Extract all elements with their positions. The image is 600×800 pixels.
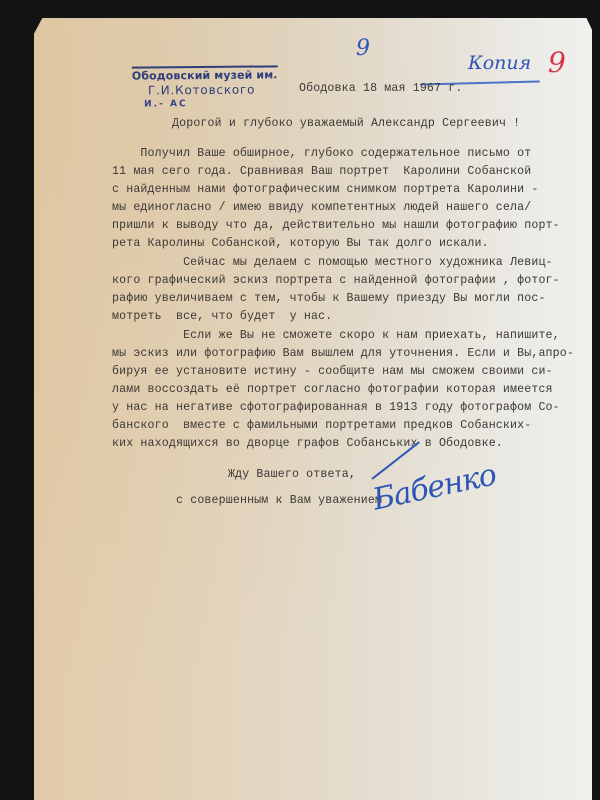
body-line: бируя ее установите истину - сообщите на… (112, 365, 553, 378)
body-line: Если же Вы не сможете скоро к нам приеха… (112, 329, 560, 342)
body-line: мы единогласно / имею ввиду компетентных… (112, 201, 531, 214)
body-line: лами воссоздать её портрет согласно фото… (112, 383, 553, 396)
greeting: Дорогой и глубоко уважаемый Александр Се… (172, 117, 520, 130)
body-line: мотреть все, что будет у нас. (112, 310, 332, 323)
body-line: пришли к выводу что да, действительно мы… (112, 219, 560, 232)
museum-stamp: Ободовский музей им. Г.И.Котовского И.- … (132, 65, 278, 111)
body-line: с найденным нами фотографическим снимком… (112, 183, 538, 196)
body-line: рафию увеличиваем с тем, чтобы к Вашему … (112, 292, 546, 305)
body-line: 11 мая сего года. Сравнивая Ваш портрет … (112, 165, 531, 178)
place-date: Ободовка 18 мая 1967 г. (299, 82, 462, 95)
body-line: рета Каролины Собанской, которую Вы так … (112, 237, 489, 250)
red-page-number: 9 (548, 46, 566, 79)
handwritten-kopiya: Копия (468, 52, 531, 74)
stamp-line-1: Ободовский музей им. (132, 65, 278, 83)
body-line: у нас на негативе сфотографированная в 1… (112, 401, 560, 414)
body-line: кого графический эскиз портрета с найден… (112, 274, 560, 287)
body-line: ких находящихся во дворце графов Собансь… (112, 437, 503, 450)
handwritten-page-number: 9 (356, 36, 370, 61)
body-line: мы эскиз или фотографию Вам вышлем для у… (112, 347, 574, 360)
closing-line-1: Жду Вашего ответа, (228, 468, 356, 481)
body-line: банского вместе с фамильными портретами … (112, 419, 531, 432)
closing-line-2: с совершенным к Вам уважением (176, 494, 382, 507)
stamp-line-3: И.- АС (132, 96, 278, 111)
body-line: Получил Ваше обширное, глубоко содержате… (112, 147, 531, 160)
body-line: Сейчас мы делаем с помощью местного худо… (112, 256, 553, 269)
stamp-line-2: Г.И.Котовского (132, 82, 278, 97)
